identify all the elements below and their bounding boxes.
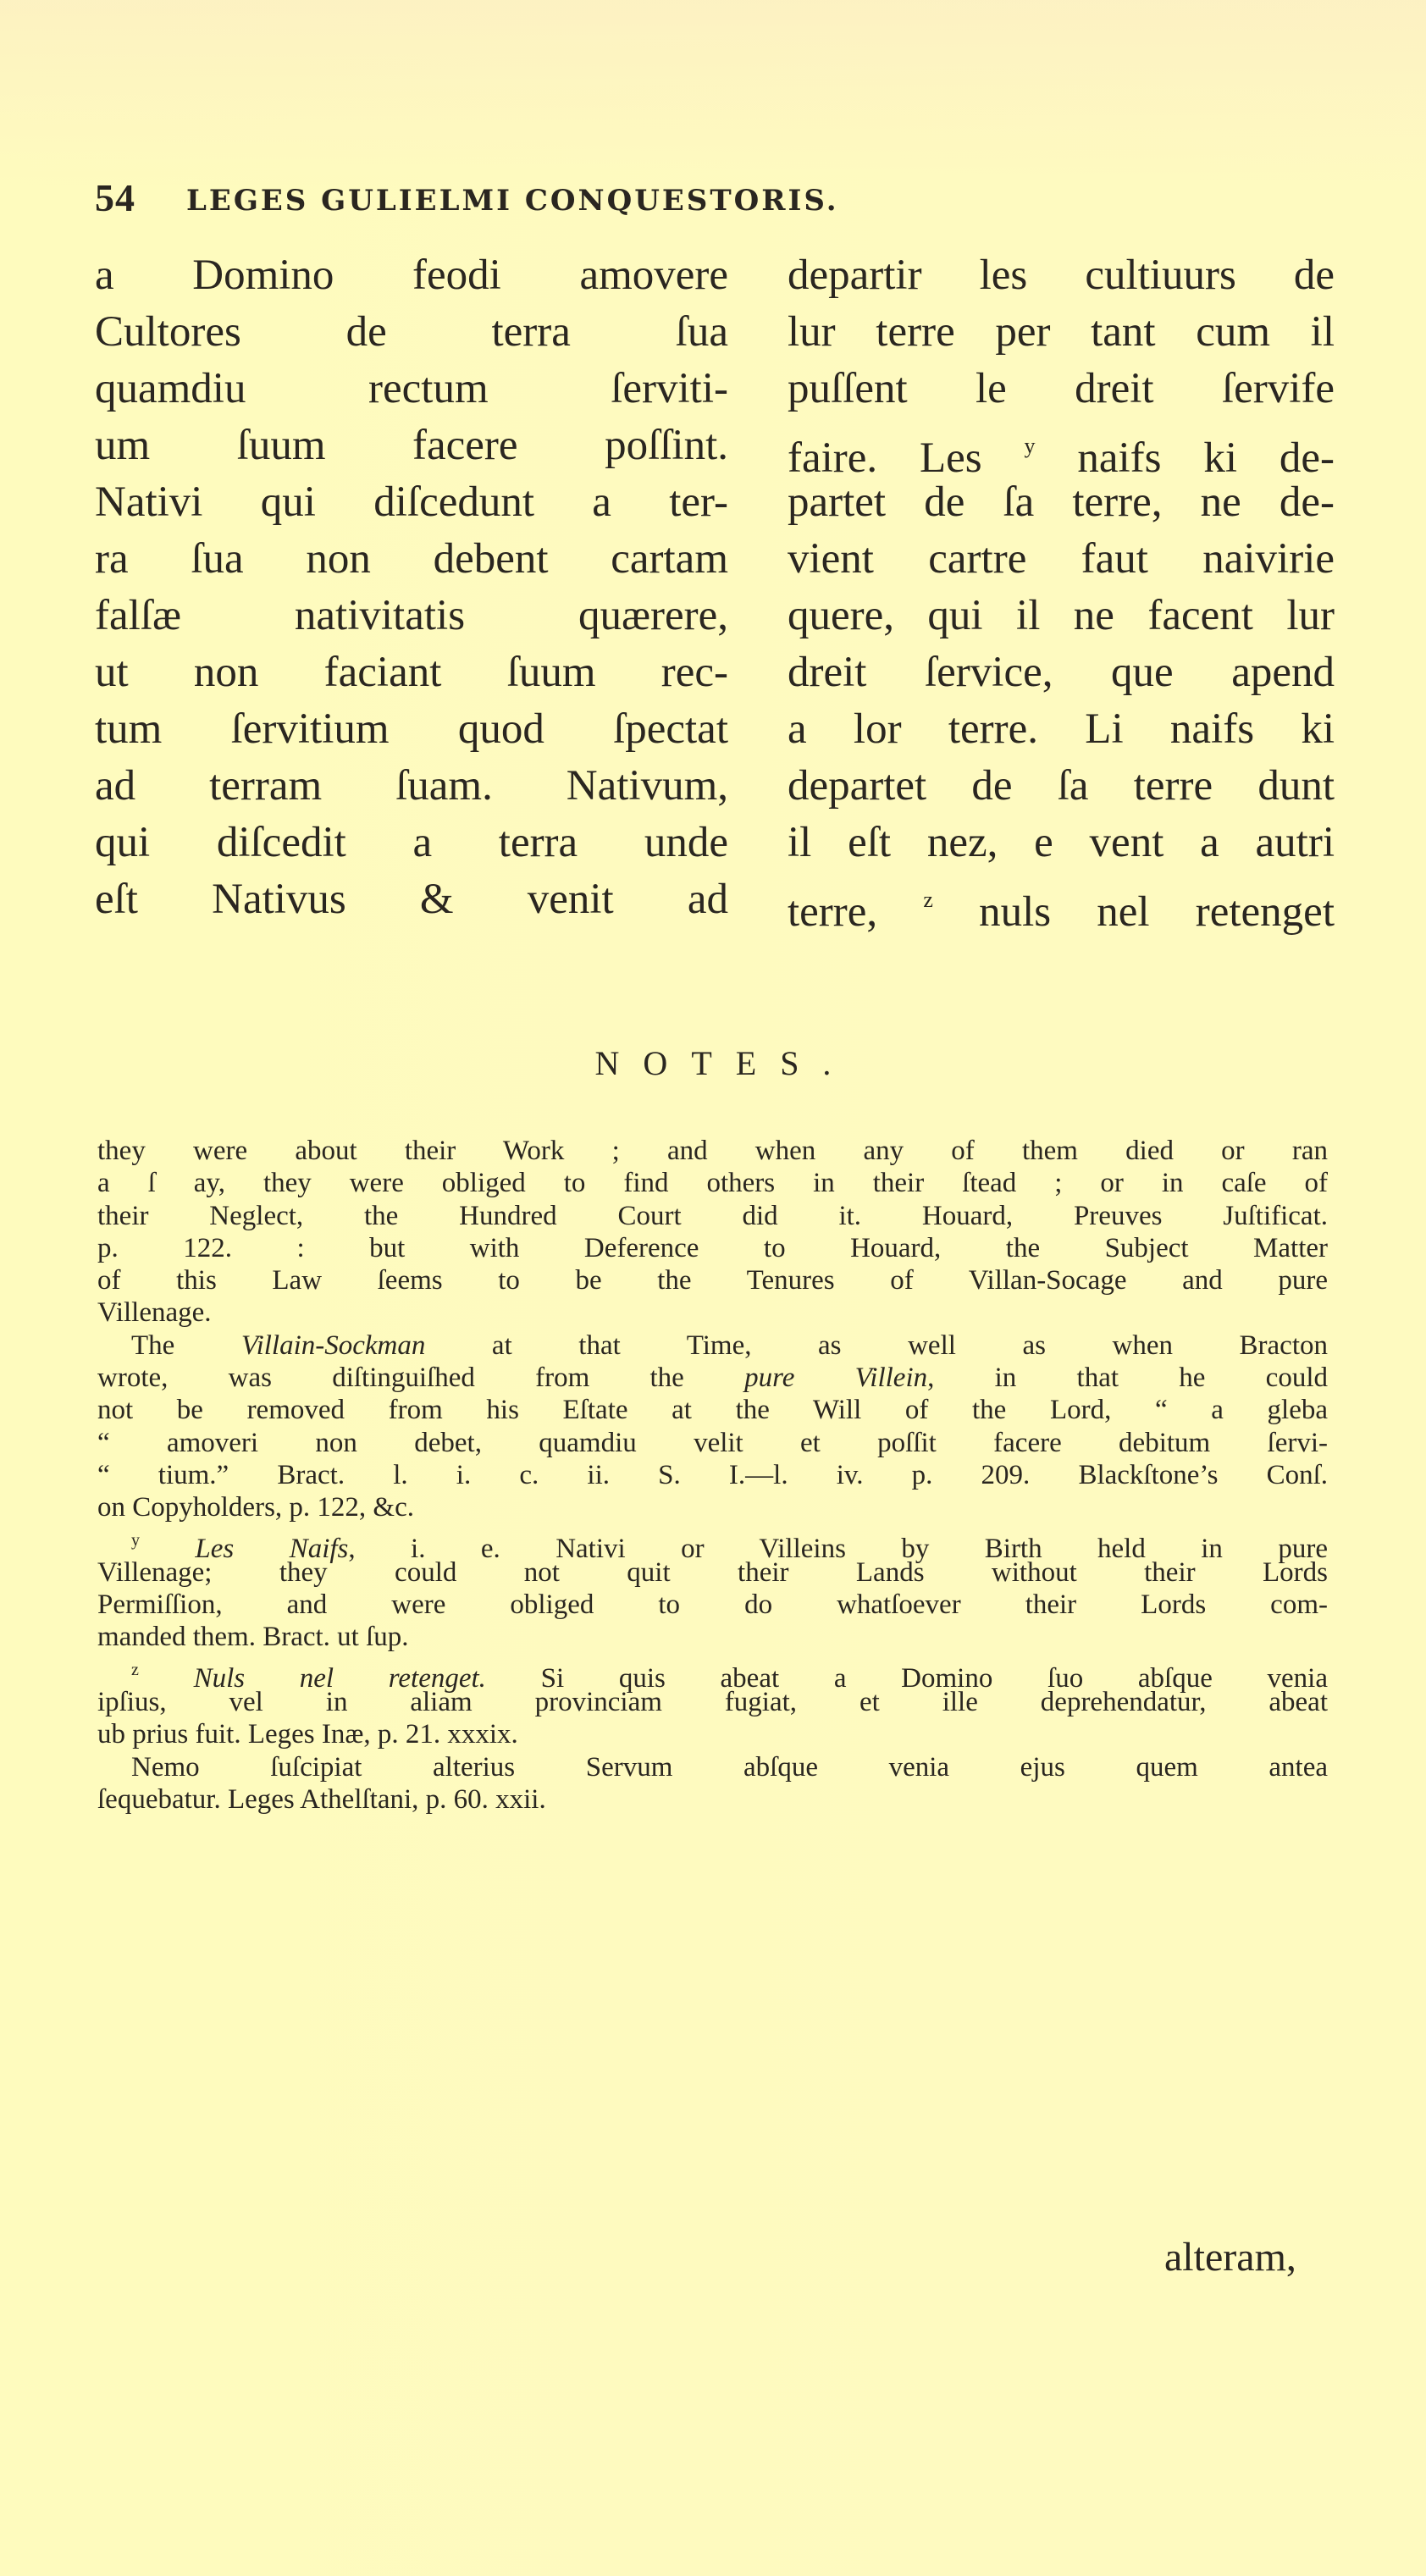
note-line: ſequebatur. Leges Athelſtani, p. 60. xxi…	[97, 1783, 1328, 1816]
line-text: at that Time, as well as when Bracton	[425, 1330, 1328, 1361]
french-line: partet de ſa terre, ne de-	[788, 474, 1335, 531]
latin-line: qui diſcedit a terra unde	[95, 815, 728, 871]
french-line: il eſt nez, e vent a autri	[788, 815, 1335, 871]
running-title: LEGES GULIELMI CONQUESTORIS.	[186, 184, 839, 218]
latin-line: um ſuum facere poſſint.	[95, 417, 728, 474]
note-line: Villenage.	[97, 1296, 1328, 1329]
note-line: of this Law ſeems to be the Tenures of V…	[97, 1264, 1328, 1296]
french-column: departir les cultiuurs delur terre per t…	[788, 247, 1335, 928]
footnote-marker: y	[131, 1531, 140, 1550]
note-line: The Villain-Sockman at that Time, as wel…	[97, 1329, 1328, 1362]
footnote-marker: z	[923, 887, 933, 912]
note-line: not be removed from his Eſtate at the Wi…	[97, 1394, 1328, 1426]
latin-line: Nativi qui diſcedunt a ter-	[95, 474, 728, 531]
note-line: “ tium.” Bract. l. i. c. ii. S. I.—l. iv…	[97, 1459, 1328, 1491]
latin-line: falſæ nativitatis quærere,	[95, 588, 728, 644]
note-line: on Copyholders, p. 122, &c.	[97, 1491, 1328, 1523]
note-line: “ amoveri non debet, quamdiu velit et po…	[97, 1427, 1328, 1459]
italic-term: Villain-Sockman	[241, 1330, 426, 1361]
french-line: a lor terre. Li naifs ki	[788, 701, 1335, 758]
french-line: puſſent le dreit ſervife	[788, 361, 1335, 417]
note-line: Permiſſion, and were obliged to do whatſ…	[97, 1589, 1328, 1621]
latin-line: tum ſervitium quod ſpectat	[95, 701, 728, 758]
line-text: The	[131, 1330, 241, 1361]
latin-line: ad terram ſuam. Nativum,	[95, 758, 728, 815]
catchword: alteram,	[1164, 2234, 1296, 2280]
note-line: manded them. Bract. ut ſup.	[97, 1621, 1328, 1653]
note-line: z Nuls nel retenget. Si quis abeat a Dom…	[97, 1654, 1328, 1686]
italic-term: pure Villein	[744, 1363, 927, 1393]
french-line: quere, qui il ne facent lur	[788, 588, 1335, 644]
latin-line: ut non faciant ſuum rec-	[95, 644, 728, 701]
latin-line: a Domino feodi amovere	[95, 247, 728, 304]
latin-line: eſt Nativus & venit ad	[95, 871, 728, 928]
latin-line: quamdiu rectum ſerviti-	[95, 361, 728, 417]
notes-body: they were about their Work ; and when an…	[97, 1135, 1328, 1816]
latin-line: ra ſua non debent cartam	[95, 531, 728, 588]
french-line: lur terre per tant cum il	[788, 304, 1335, 361]
notes-heading: NOTES.	[0, 1043, 1426, 1083]
french-line: dreit ſervice, que apend	[788, 644, 1335, 701]
line-text: nuls nel retenget	[933, 888, 1335, 936]
line-text: terre,	[788, 888, 923, 936]
note-line: they were about their Work ; and when an…	[97, 1135, 1328, 1167]
note-line: Villenage; they could not quit their Lan…	[97, 1556, 1328, 1589]
latin-column: a Domino feodi amovereCultores de terra …	[95, 247, 728, 928]
note-line: ipſius, vel in aliam provinciam fugiat, …	[97, 1686, 1328, 1718]
footnote-marker: y	[1025, 434, 1036, 458]
footnote-marker: z	[131, 1661, 139, 1679]
note-line: Nemo ſuſcipiat alterius Servum abſque ve…	[97, 1751, 1328, 1783]
french-line: departet de ſa terre dunt	[788, 758, 1335, 815]
note-line: a ſ ay, they were obliged to find others…	[97, 1167, 1328, 1199]
running-head: 54 LEGES GULIELMI CONQUESTORIS.	[95, 175, 1331, 226]
french-line: terre, z nuls nel retenget	[788, 871, 1335, 928]
note-line: ub prius fuit. Leges Inæ, p. 21. xxxix.	[97, 1718, 1328, 1750]
note-line: p. 122. : but with Deference to Houard, …	[97, 1232, 1328, 1264]
page-number: 54	[95, 175, 135, 220]
line-text: , in that he could	[927, 1363, 1328, 1393]
french-line: vient cartre faut naivirie	[788, 531, 1335, 588]
latin-line: Cultores de terra ſua	[95, 304, 728, 361]
note-line: their Neglect, the Hundred Court did it.…	[97, 1200, 1328, 1232]
note-line: wrote, was diſtinguiſhed from the pure V…	[97, 1362, 1328, 1394]
line-text: wrote, was diſtinguiſhed from the	[97, 1363, 744, 1393]
french-line: faire. Les y naifs ki de-	[788, 417, 1335, 474]
french-line: departir les cultiuurs de	[788, 247, 1335, 304]
note-line: y Les Naifs, i. e. Nativi or Villeins by…	[97, 1524, 1328, 1556]
